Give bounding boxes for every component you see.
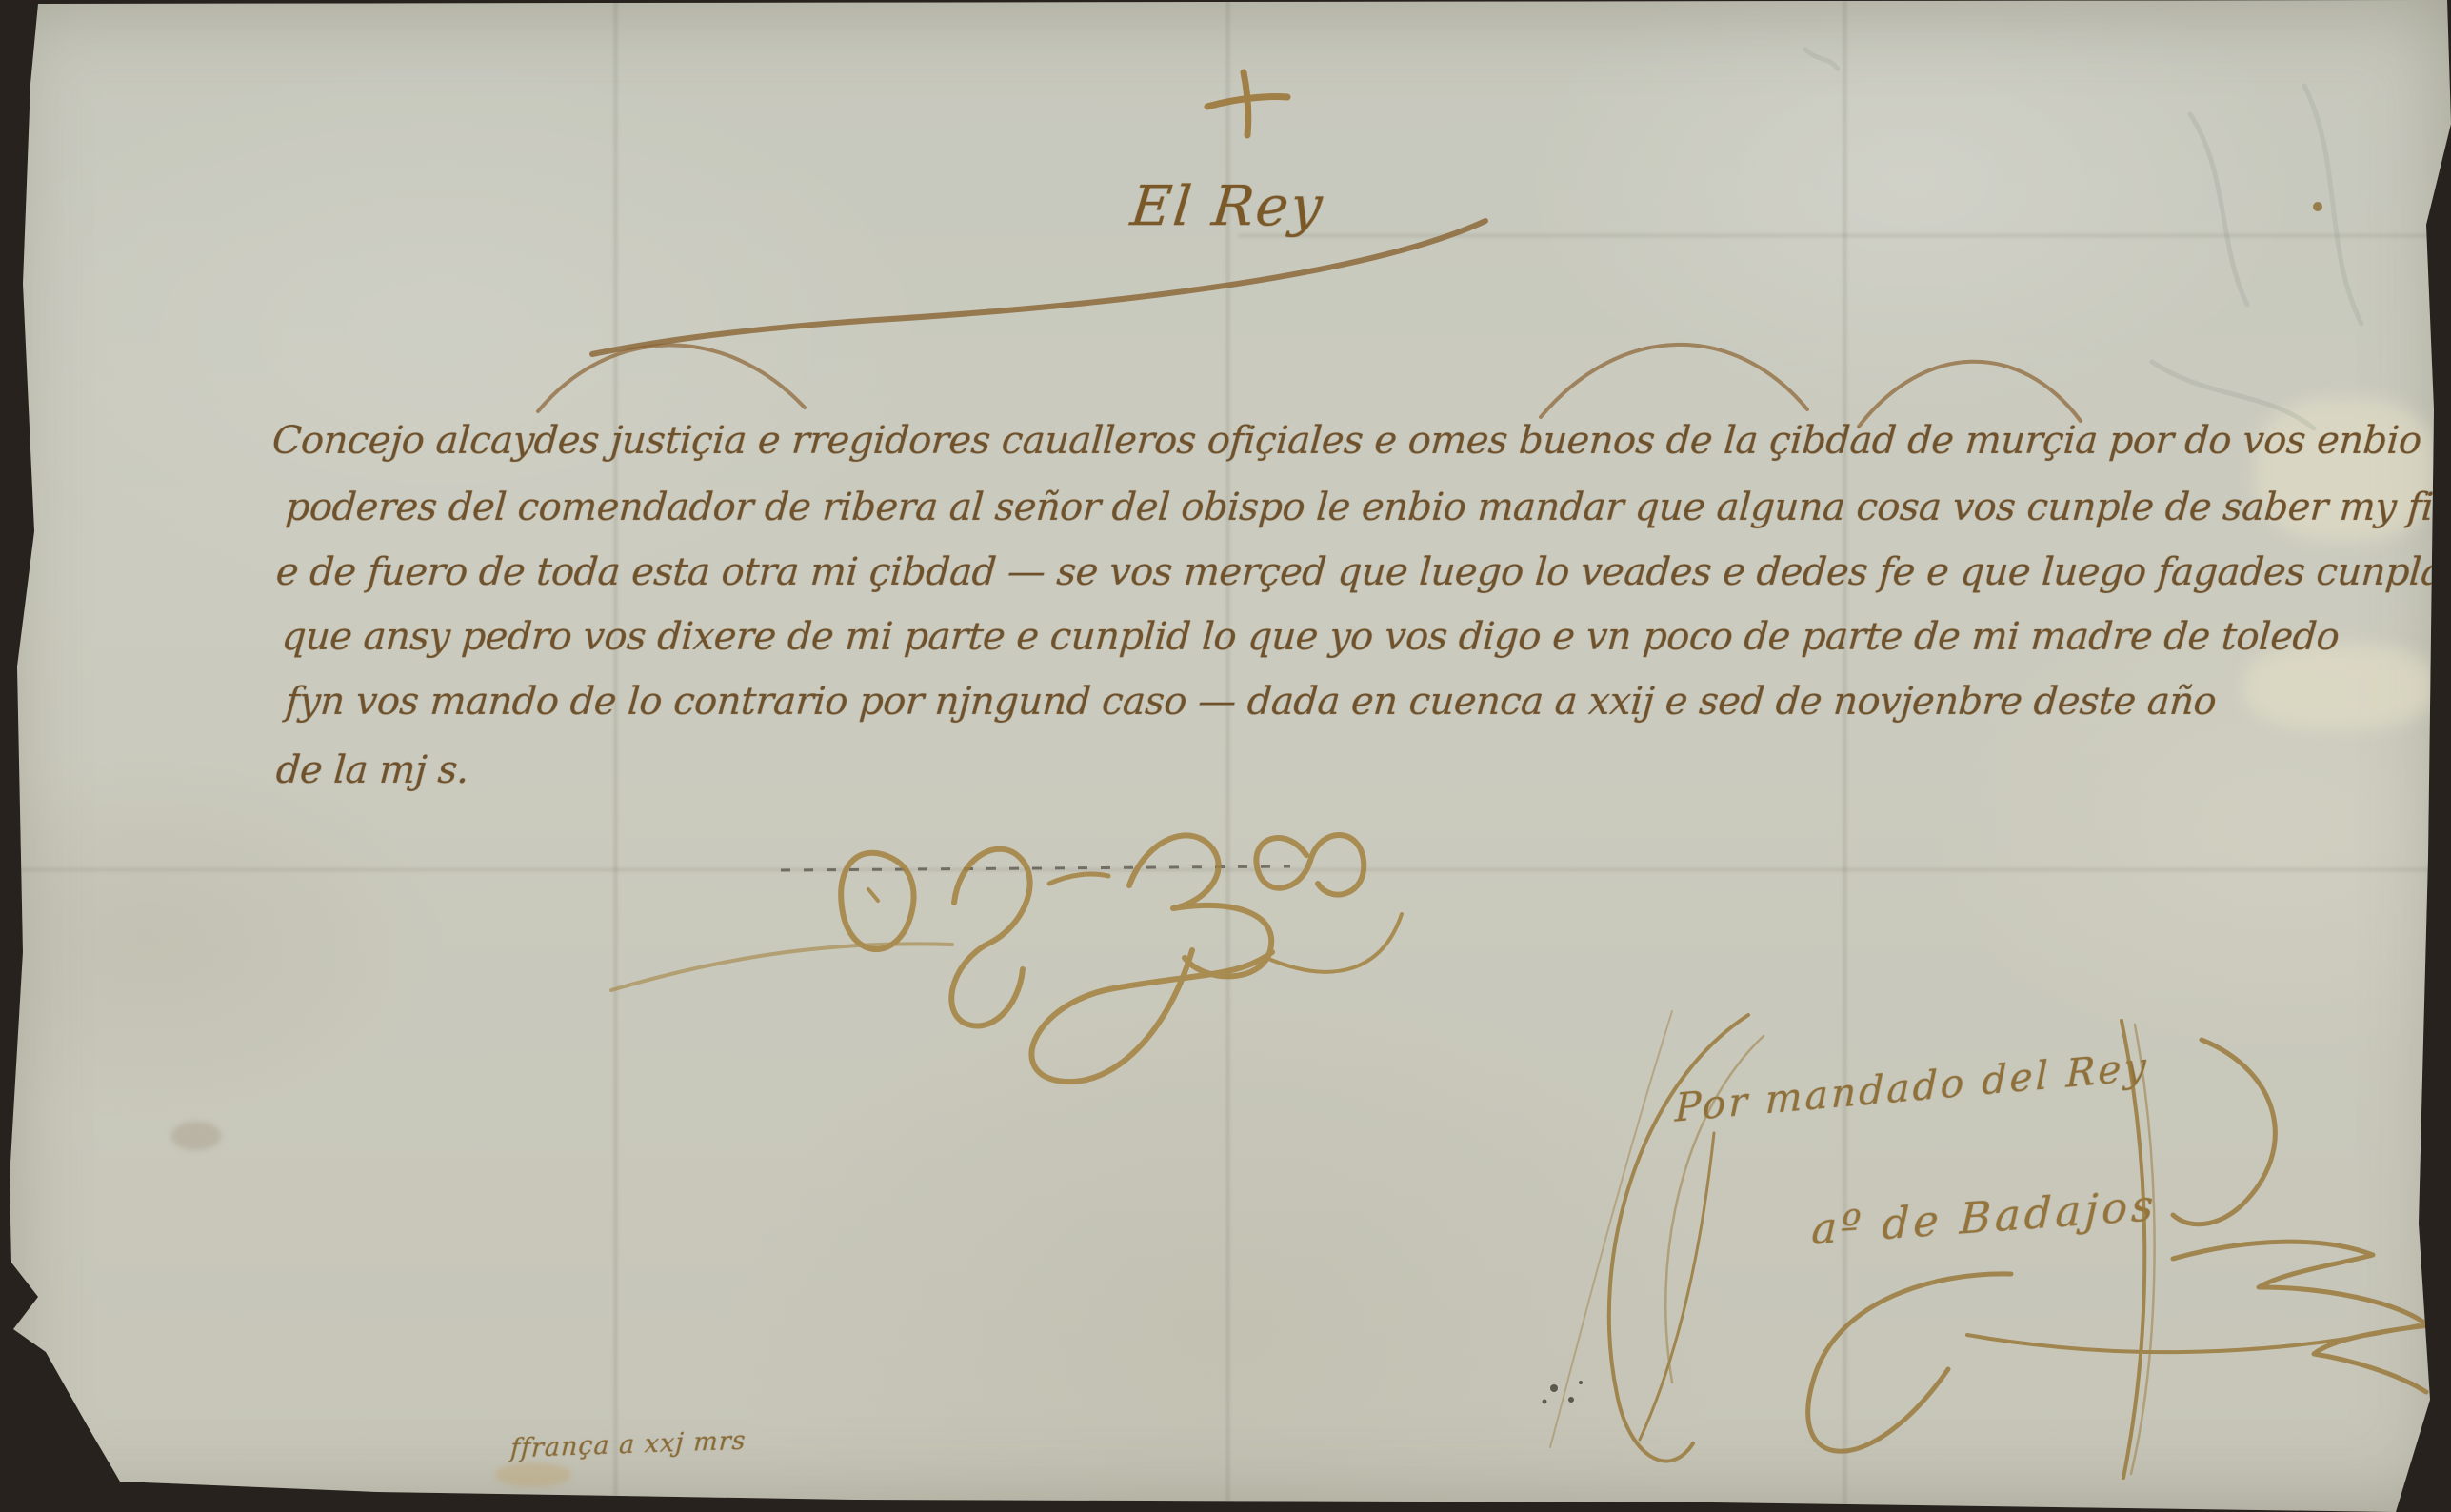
verso-bleedthrough [1805,50,2361,428]
body-line: que ansy pedro vos dixere de mi parte e … [280,615,2341,659]
body-line: Concejo alcaydes justiçia e rregidores c… [270,419,2451,463]
photograph-background: El Rey Concejo alcaydes justiçia e rregi… [0,0,2451,1512]
fold-crease-horizontal-middle [0,868,2451,871]
fold-crease-horizontal-top [1238,234,2441,237]
invocation-cross-icon [1207,72,1287,135]
docket-note: ffrança a xxj mrs [509,1426,747,1464]
fold-crease-vertical-left [614,0,617,1512]
paper-stain [495,1462,571,1487]
paper-stain [171,1122,221,1150]
body-line: poderes del comendador de ribera al seño… [284,486,2451,529]
royal-rubric-yo-el-rey [611,835,1402,1082]
countersignature-secretary-name: aº de Badajos [1811,1180,2159,1255]
ink-specks [1543,1381,1584,1404]
manuscript-paper: El Rey Concejo alcaydes justiçia e rregi… [0,0,2451,1512]
body-line: fyn vos mando de lo contrario por njngun… [284,680,2217,724]
body-line: e de fuero de toda esta otra mi çibdad —… [274,550,2451,594]
countersignature-por-mandado: Por mandado del Rey [1675,1044,2150,1131]
ink-speck-amber [2313,202,2322,211]
body-line: de la mj s. [274,748,469,792]
heading-el-rey: El Rey [1127,173,1326,238]
ascender-arcs [538,345,2081,427]
fold-crease-vertical-right [1843,0,1846,1512]
heading-flourish [592,221,1485,354]
